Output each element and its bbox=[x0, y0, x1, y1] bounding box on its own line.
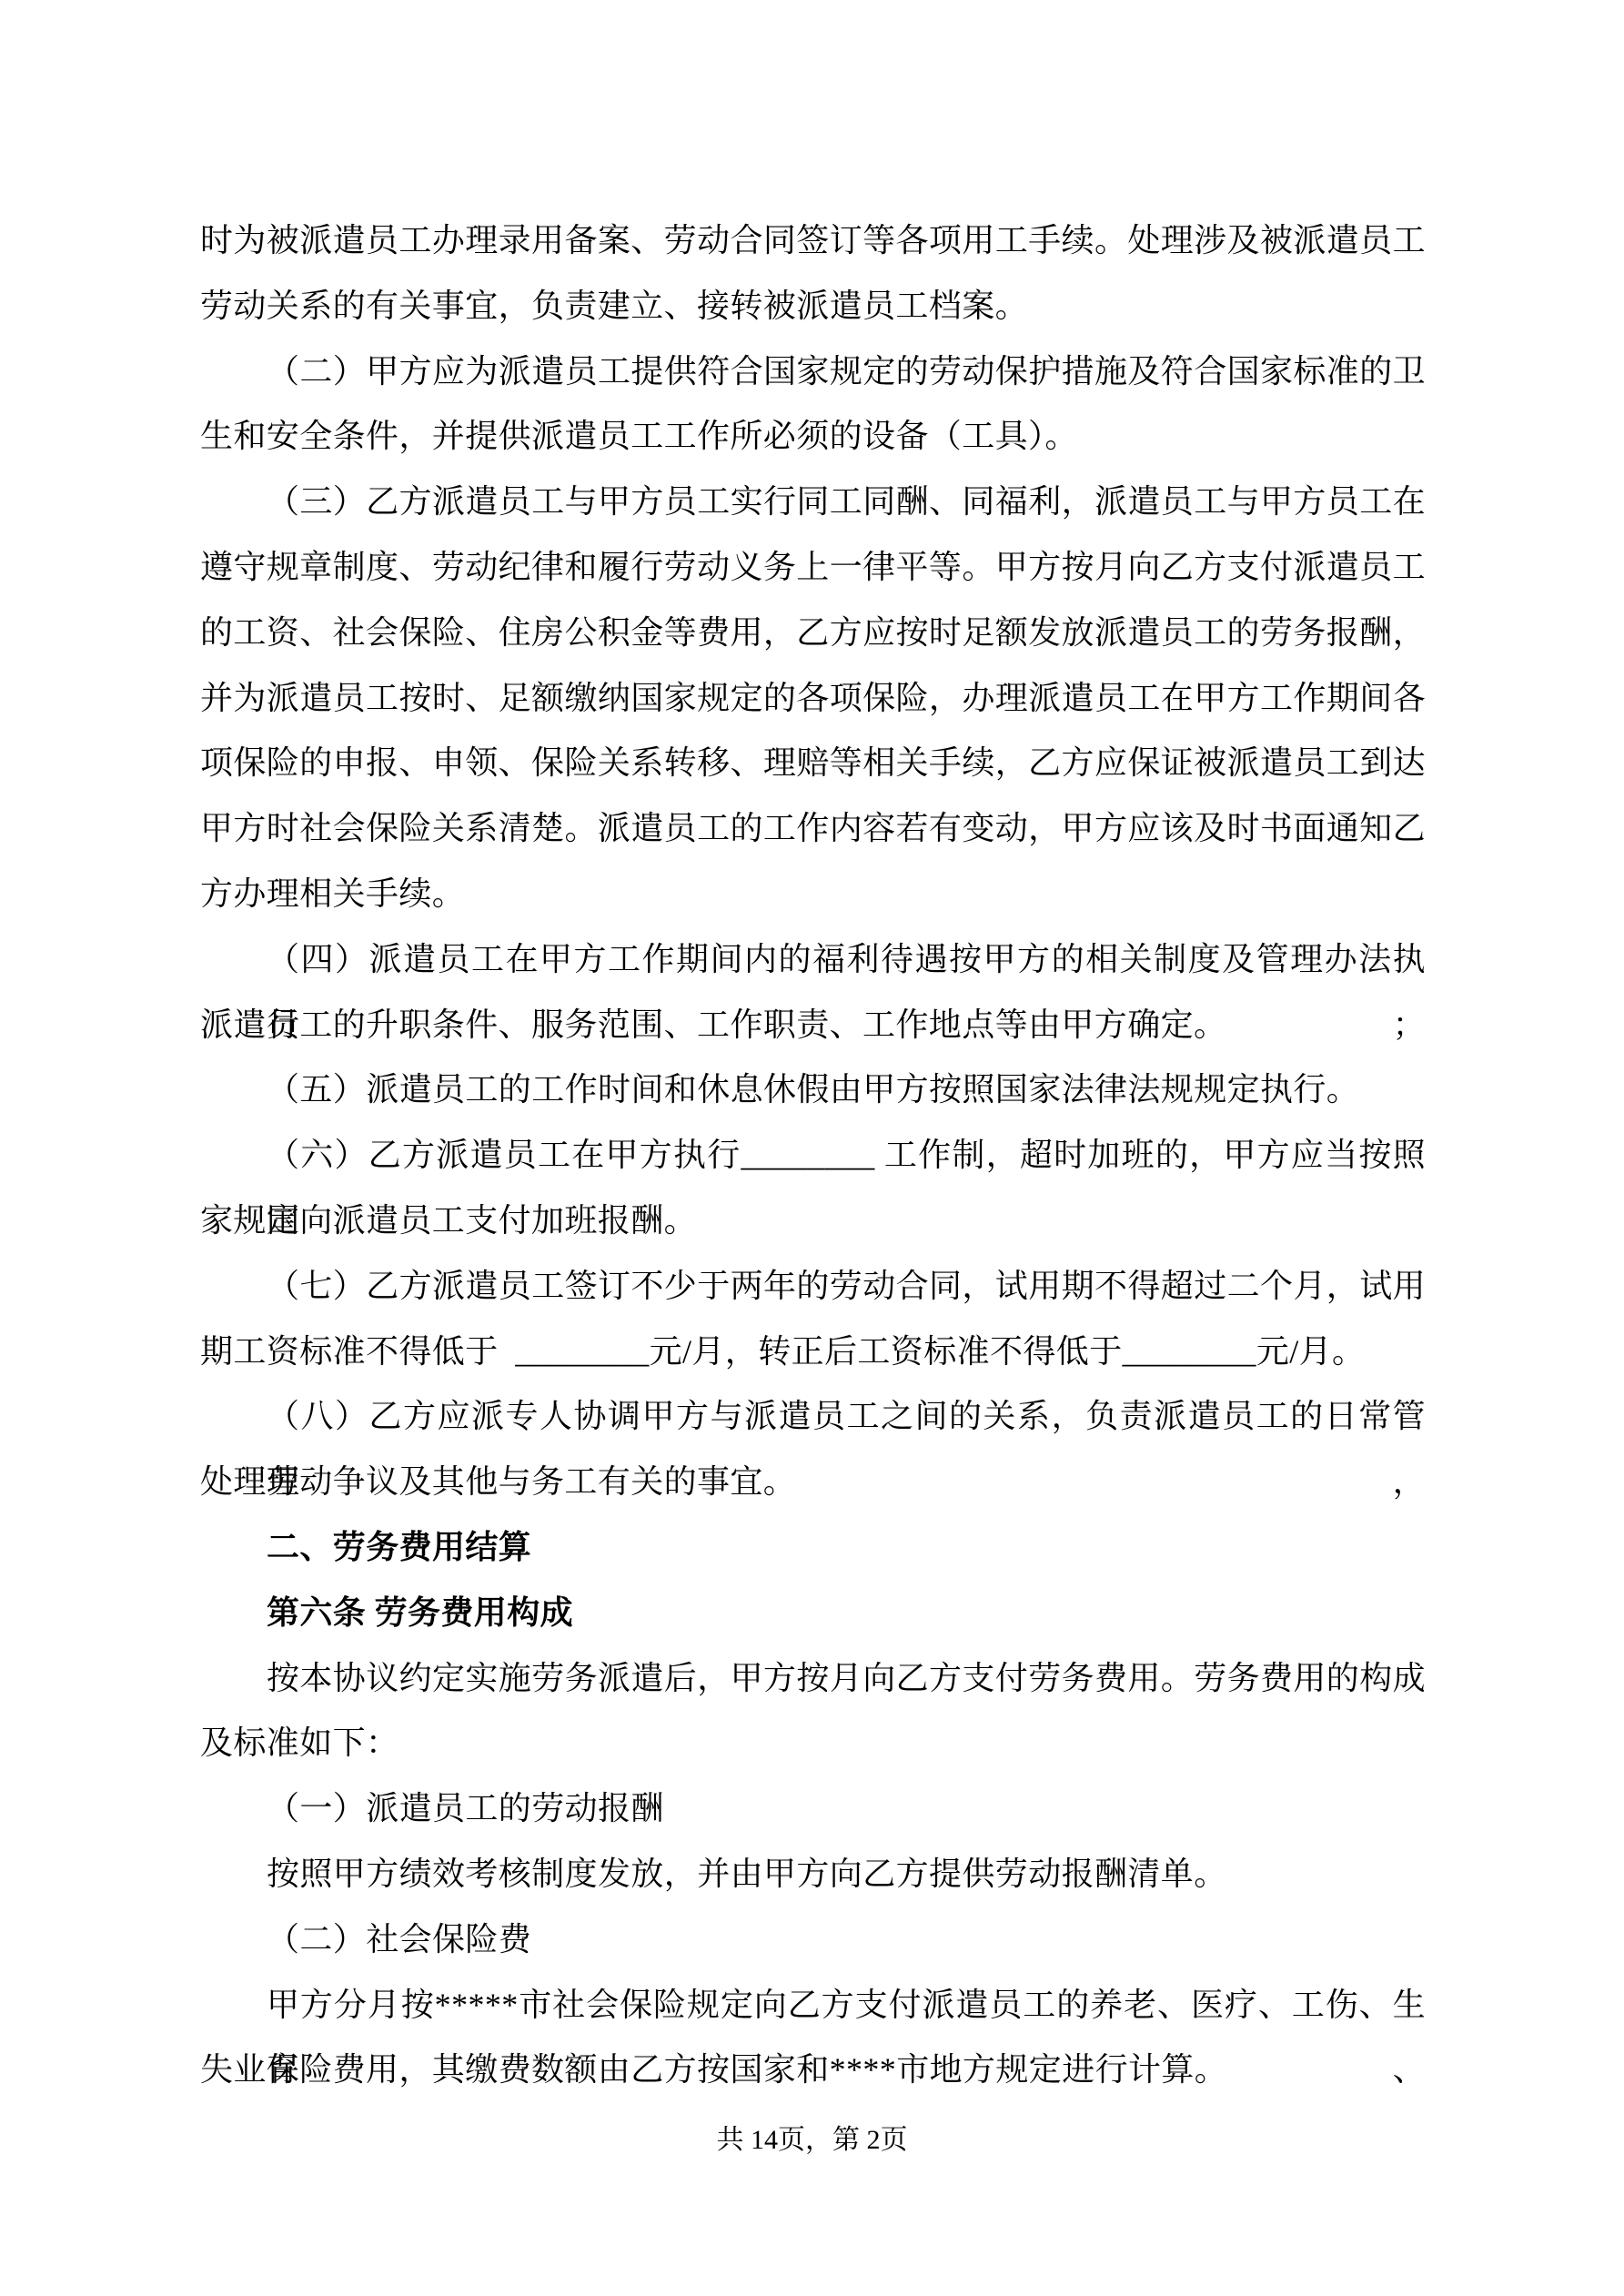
text-line: 项保险的申报、申领、保险关系转移、理赔等相关手续，乙方应保证被派遣员工到达 bbox=[200, 731, 1426, 796]
text-line: 甲方时社会保险关系清楚。派遣员工的工作内容若有变动，甲方应该及时书面通知乙 bbox=[200, 796, 1426, 862]
text-line: 时为被派遣员工办理录用备案、劳动合同签订等各项用工手续。处理涉及被派遣员工 bbox=[200, 208, 1426, 274]
page-number-text: 共 14页，第 2页 bbox=[717, 2125, 908, 2155]
text-line: 及标准如下： bbox=[200, 1711, 1426, 1776]
text-line: 的工资、社会保险、住房公积金等费用，乙方应按时足额发放派遣员工的劳务报酬， bbox=[200, 601, 1426, 666]
text-line: 家规定向派遣员工支付加班报酬。 bbox=[200, 1188, 1426, 1254]
text-line: 生和安全条件，并提供派遣员工工作所必须的设备（工具）。 bbox=[200, 404, 1426, 470]
text-line: 方办理相关手续。 bbox=[200, 862, 1426, 927]
text-line: （七）乙方派遣员工签订不少于两年的劳动合同，试用期不得超过二个月，试用 bbox=[200, 1254, 1426, 1320]
text-line: 期工资标准不得低于 ________元/月，转正后工资标准不得低于_______… bbox=[200, 1320, 1426, 1385]
text-line: （四）派遣员工在甲方工作期间内的福利待遇按甲方的相关制度及管理办法执行； bbox=[200, 927, 1426, 993]
text-line: （二）社会保险费 bbox=[200, 1907, 1426, 1973]
text-line: （二）甲方应为派遣员工提供符合国家规定的劳动保护措施及符合国家标准的卫 bbox=[200, 339, 1426, 405]
page-footer: 共 14页，第 2页 bbox=[0, 2122, 1624, 2159]
text-line: 第六条 劳务费用构成 bbox=[200, 1581, 1426, 1646]
text-line: （五）派遣员工的工作时间和休息休假由甲方按照国家法律法规规定执行。 bbox=[200, 1057, 1426, 1123]
document-page: 时为被派遣员工办理录用备案、劳动合同签订等各项用工手续。处理涉及被派遣员工劳动关… bbox=[0, 0, 1624, 2296]
text-line: 并为派遣员工按时、足额缴纳国家规定的各项保险，办理派遣员工在甲方工作期间各 bbox=[200, 666, 1426, 732]
text-line: 二、劳务费用结算 bbox=[200, 1515, 1426, 1581]
text-line: 按本协议约定实施劳务派遣后，甲方按月向乙方支付劳务费用。劳务费用的构成 bbox=[200, 1646, 1426, 1712]
text-line: （一）派遣员工的劳动报酬 bbox=[200, 1776, 1426, 1842]
text-line: （三）乙方派遣员工与甲方员工实行同工同酬、同福利，派遣员工与甲方员工在 bbox=[200, 470, 1426, 535]
text-line: 遵守规章制度、劳动纪律和履行劳动义务上一律平等。甲方按月向乙方支付派遣员工 bbox=[200, 535, 1426, 601]
text-line: 甲方分月按*****市社会保险规定向乙方支付派遣员工的养老、医疗、工伤、生育、 bbox=[200, 1973, 1426, 2038]
document-body: 时为被派遣员工办理录用备案、劳动合同签订等各项用工手续。处理涉及被派遣员工劳动关… bbox=[200, 208, 1426, 2103]
text-line: 按照甲方绩效考核制度发放，并由甲方向乙方提供劳动报酬清单。 bbox=[200, 1842, 1426, 1907]
text-line: 劳动关系的有关事宜，负责建立、接转被派遣员工档案。 bbox=[200, 274, 1426, 339]
text-line: （六）乙方派遣员工在甲方执行________ 工作制，超时加班的，甲方应当按照国 bbox=[200, 1123, 1426, 1188]
text-line: （八）乙方应派专人协调甲方与派遣员工之间的关系，负责派遣员工的日常管理， bbox=[200, 1384, 1426, 1450]
